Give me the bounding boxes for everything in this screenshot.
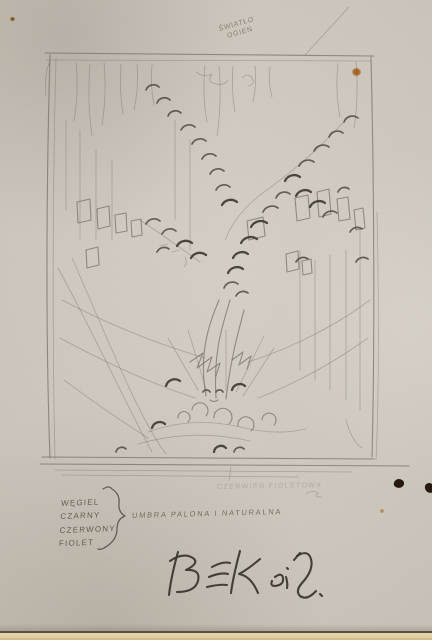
artist-signature (169, 551, 322, 598)
palette-item: FIOLET (59, 535, 116, 550)
palette-color-list: WĘGIEL CZARNY CZERWONY FIOLET (59, 495, 118, 551)
street-perspective-lines (58, 258, 370, 454)
left-wall (66, 120, 190, 268)
frame-mat-strip (0, 631, 432, 640)
right-wall (247, 189, 365, 448)
frame-mat-shadow (0, 624, 432, 631)
paper: ŚWIATŁO OGIEŃ CZERWIEŃ FIOLETOWA WĘGIEL … (0, 0, 432, 640)
foliage-cascade-left (140, 85, 237, 262)
hanging-vine-strokes (74, 62, 357, 136)
palette-item: CZERWONY (59, 522, 116, 537)
frame-border-strokes (40, 7, 409, 481)
stray-pencil-squiggle (306, 491, 321, 497)
fire-burst (116, 300, 306, 452)
